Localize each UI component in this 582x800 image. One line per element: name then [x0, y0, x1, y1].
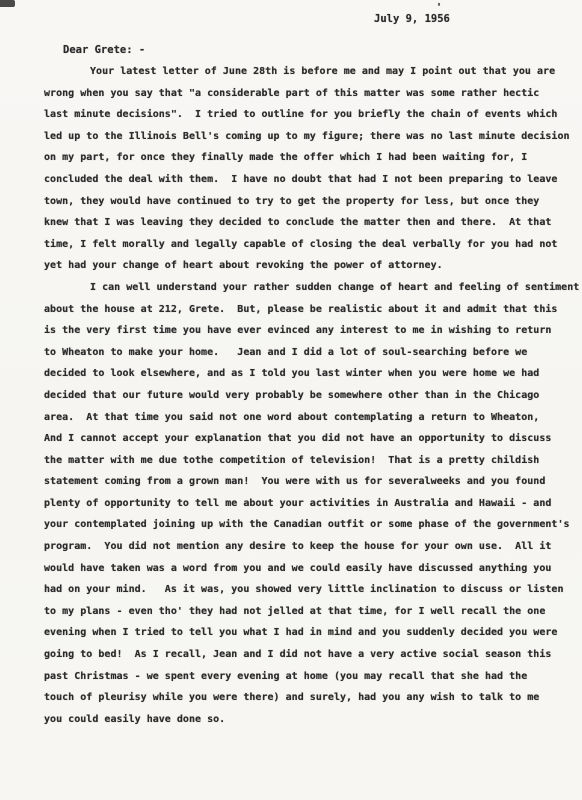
letter-line: to Wheaton to make your home. Jean and I…	[44, 342, 576, 364]
letter-line: last minute decisions". I tried to outli…	[44, 104, 576, 126]
letter-line: town, they would have continued to try t…	[44, 191, 576, 213]
letter-line: statement coming from a grown man! You w…	[44, 471, 576, 493]
letter-line: had on your mind. As it was, you showed …	[44, 579, 576, 601]
letter-line: time, I felt morally and legally capable…	[44, 234, 576, 256]
letter-line: the matter with me due tothe competition…	[44, 450, 576, 472]
letter-line: wrong when you say that "a considerable …	[44, 83, 576, 105]
letter-line: going to bed! As I recall, Jean and I di…	[44, 644, 576, 666]
letter-line: past Christmas - we spent every evening …	[44, 666, 576, 688]
letter-line: your contemplated joining up with the Ca…	[44, 514, 576, 536]
letter-line: decided to look elsewhere, and as I told…	[44, 363, 576, 385]
letter-line: plenty of opportunity to tell me about y…	[44, 493, 576, 515]
stray-tick-mark: '	[436, 2, 442, 13]
letter-page: ' July 9, 1956 Dear Grete: - Your latest…	[0, 0, 582, 800]
letter-line: concluded the deal with them. I have no …	[44, 169, 576, 191]
letter-line: knew that I was leaving they decided to …	[44, 212, 576, 234]
ink-smudge-mark	[0, 0, 15, 7]
letter-line: touch of pleurisy while you were there) …	[44, 687, 576, 709]
letter-line: program. You did not mention any desire …	[44, 536, 576, 558]
letter-line: evening when I tried to tell you what I …	[44, 622, 576, 644]
letter-line: yet had your change of heart about revok…	[44, 255, 576, 277]
letter-line: decided that our future would very proba…	[44, 385, 576, 407]
letter-body: Your latest letter of June 28th is befor…	[44, 61, 576, 730]
letter-line: to my plans - even tho' they had not jel…	[44, 601, 576, 623]
letter-line: led up to the Illinois Bell's coming up …	[44, 126, 576, 148]
letter-line: would have taken was a word from you and…	[44, 558, 576, 580]
letter-line: about the house at 212, Grete. But, plea…	[44, 299, 576, 321]
letter-line: Your latest letter of June 28th is befor…	[44, 61, 576, 83]
letter-line: you could easily have done so.	[44, 709, 576, 731]
letter-line: is the very first time you have ever evi…	[44, 320, 576, 342]
letter-date: July 9, 1956	[374, 13, 450, 25]
letter-salutation: Dear Grete: -	[63, 44, 145, 56]
letter-line: on my part, for once they finally made t…	[44, 147, 576, 169]
letter-line: And I cannot accept your explanation tha…	[44, 428, 576, 450]
letter-line: area. At that time you said not one word…	[44, 407, 576, 429]
letter-line: I can well understand your rather sudden…	[44, 277, 576, 299]
